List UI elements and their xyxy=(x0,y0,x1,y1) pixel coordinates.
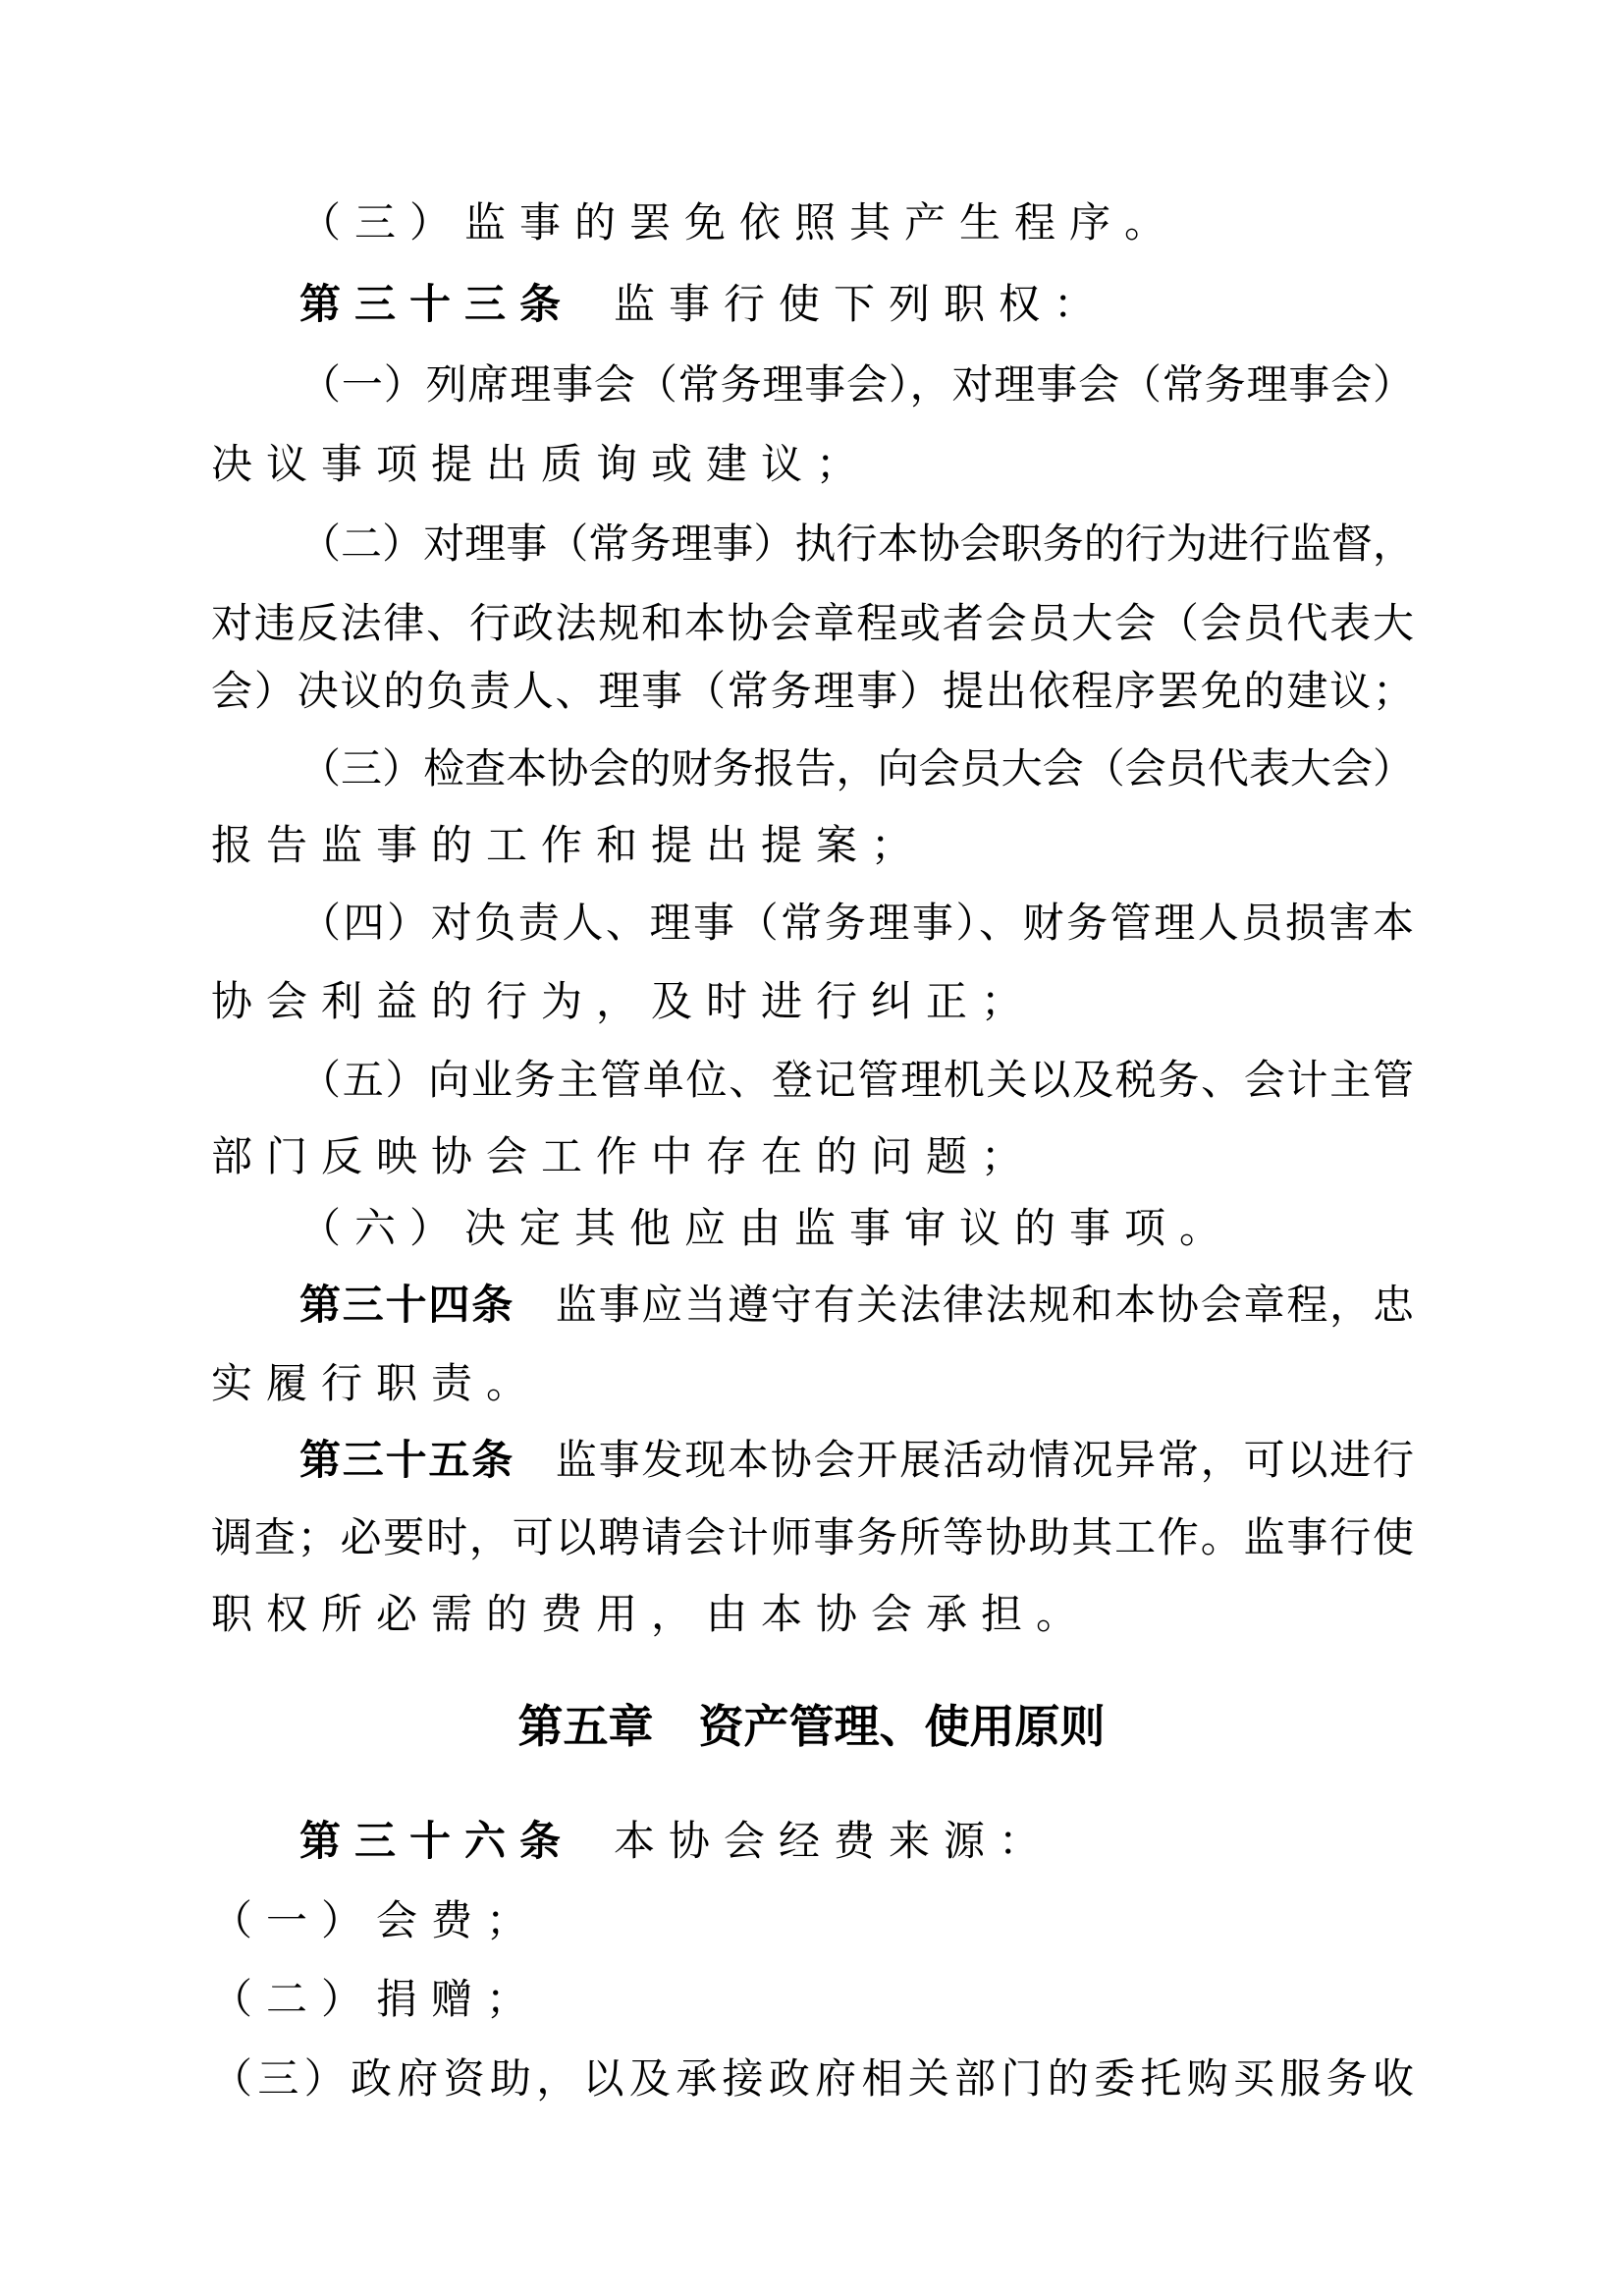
article-heading-line: 第三十六条本协会经费来源： xyxy=(299,1812,1054,1871)
paragraph-line: （六）决定其他应由监事审议的事项。 xyxy=(299,1199,1234,1258)
article-number: 第三十四条 xyxy=(299,1281,514,1329)
paragraph-line: 调查；必要时，可以聘请会计师事务所等协助其工作。监事行使 xyxy=(211,1508,1414,1567)
paragraph-line: （三）检查本协会的财务报告，向会员大会（会员代表大会） xyxy=(299,739,1414,798)
paragraph-line: 协会利益的行为，及时进行纠正； xyxy=(211,972,1036,1031)
paragraph-line: （三）政府资助，以及承接政府相关部门的委托购买服务收 xyxy=(211,2050,1414,2108)
paragraph-line: （二）对理事（常务理事）执行本协会职务的行为进行监督， xyxy=(299,515,1414,574)
document-page: （三）监事的罢免依照其产生程序。 第三十三条监事行使下列职权： （一）列席理事会… xyxy=(0,0,1623,2296)
paragraph-line: 决议事项提出质询或建议； xyxy=(211,435,871,494)
paragraph-line: 部门反映协会工作中存在的问题； xyxy=(211,1127,1036,1186)
paragraph-line: 对违反法律、行政法规和本协会章程或者会员大会（会员代表大 xyxy=(211,594,1414,653)
paragraph-line: （三）监事的罢免依照其产生程序。 xyxy=(299,193,1179,252)
article-number: 第三十三条 xyxy=(299,280,574,328)
paragraph-line: 实履行职责。 xyxy=(211,1354,541,1413)
article-text: 监事应当遵守有关法律法规和本协会章程，忠 xyxy=(554,1281,1414,1329)
clause-text: （三）监事的罢免依照其产生程序。 xyxy=(299,198,1179,246)
article-heading-line: 第三十三条监事行使下列职权： xyxy=(299,275,1109,334)
article-heading-line: 第三十五条监事发现本协会开展活动情况异常，可以进行 xyxy=(299,1431,1414,1490)
article-heading-line: 第三十四条监事应当遵守有关法律法规和本协会章程，忠 xyxy=(299,1276,1414,1335)
paragraph-line: 职权所必需的费用，由本协会承担。 xyxy=(211,1585,1091,1644)
chapter-title: 第五章 资产管理、使用原则 xyxy=(0,1697,1623,1756)
article-text: 本协会经费来源： xyxy=(614,1817,1054,1865)
paragraph-line: 报告监事的工作和提出提案； xyxy=(211,816,926,875)
article-number: 第三十六条 xyxy=(299,1817,574,1865)
paragraph-line: （四）对负责人、理事（常务理事）、财务管理人员损害本 xyxy=(299,894,1414,953)
paragraph-line: （一）会费； xyxy=(211,1891,541,1950)
article-number: 第三十五条 xyxy=(299,1436,514,1484)
paragraph-line: 会）决议的负责人、理事（常务理事）提出依程序罢免的建议； xyxy=(211,662,1414,721)
paragraph-line: （二）捐赠； xyxy=(211,1970,541,2029)
article-text: 监事发现本协会开展活动情况异常，可以进行 xyxy=(554,1436,1414,1484)
paragraph-line: （五）向业务主管单位、登记管理机关以及税务、会计主管 xyxy=(299,1051,1414,1110)
paragraph-line: （一）列席理事会（常务理事会），对理事会（常务理事会） xyxy=(299,355,1414,414)
article-text: 监事行使下列职权： xyxy=(614,280,1109,328)
